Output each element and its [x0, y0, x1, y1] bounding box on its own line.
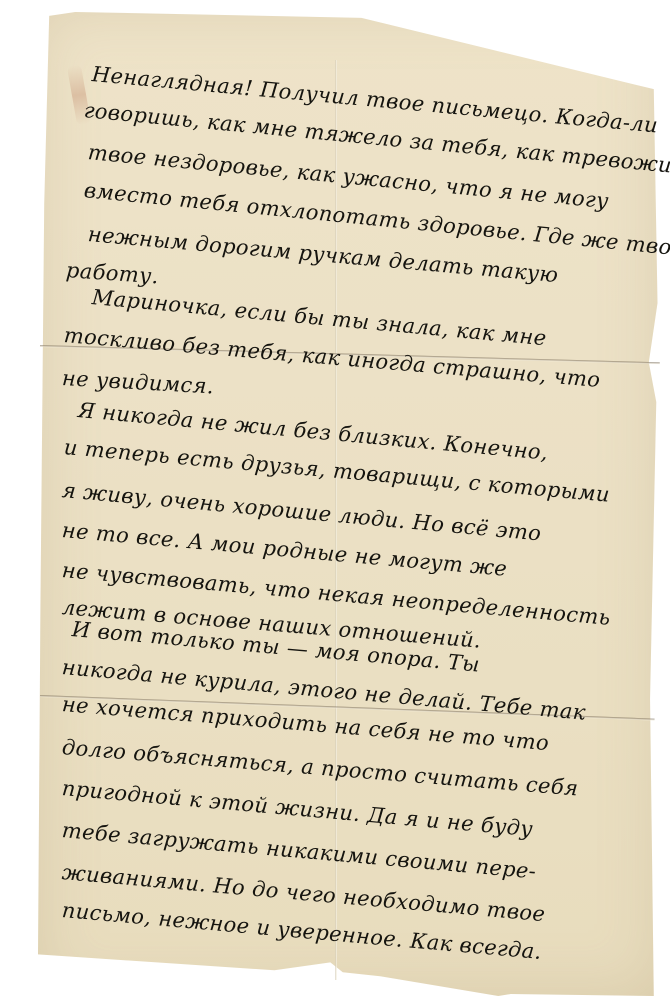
handwritten-line: работу. [65, 258, 159, 288]
scanned-letter: Ненаглядная! Получил твое письмецо. Когд… [0, 0, 670, 1000]
handwritten-line: не увидимся. [61, 366, 214, 398]
handwritten-text-body: Ненаглядная! Получил твое письмецо. Когд… [0, 0, 670, 1000]
